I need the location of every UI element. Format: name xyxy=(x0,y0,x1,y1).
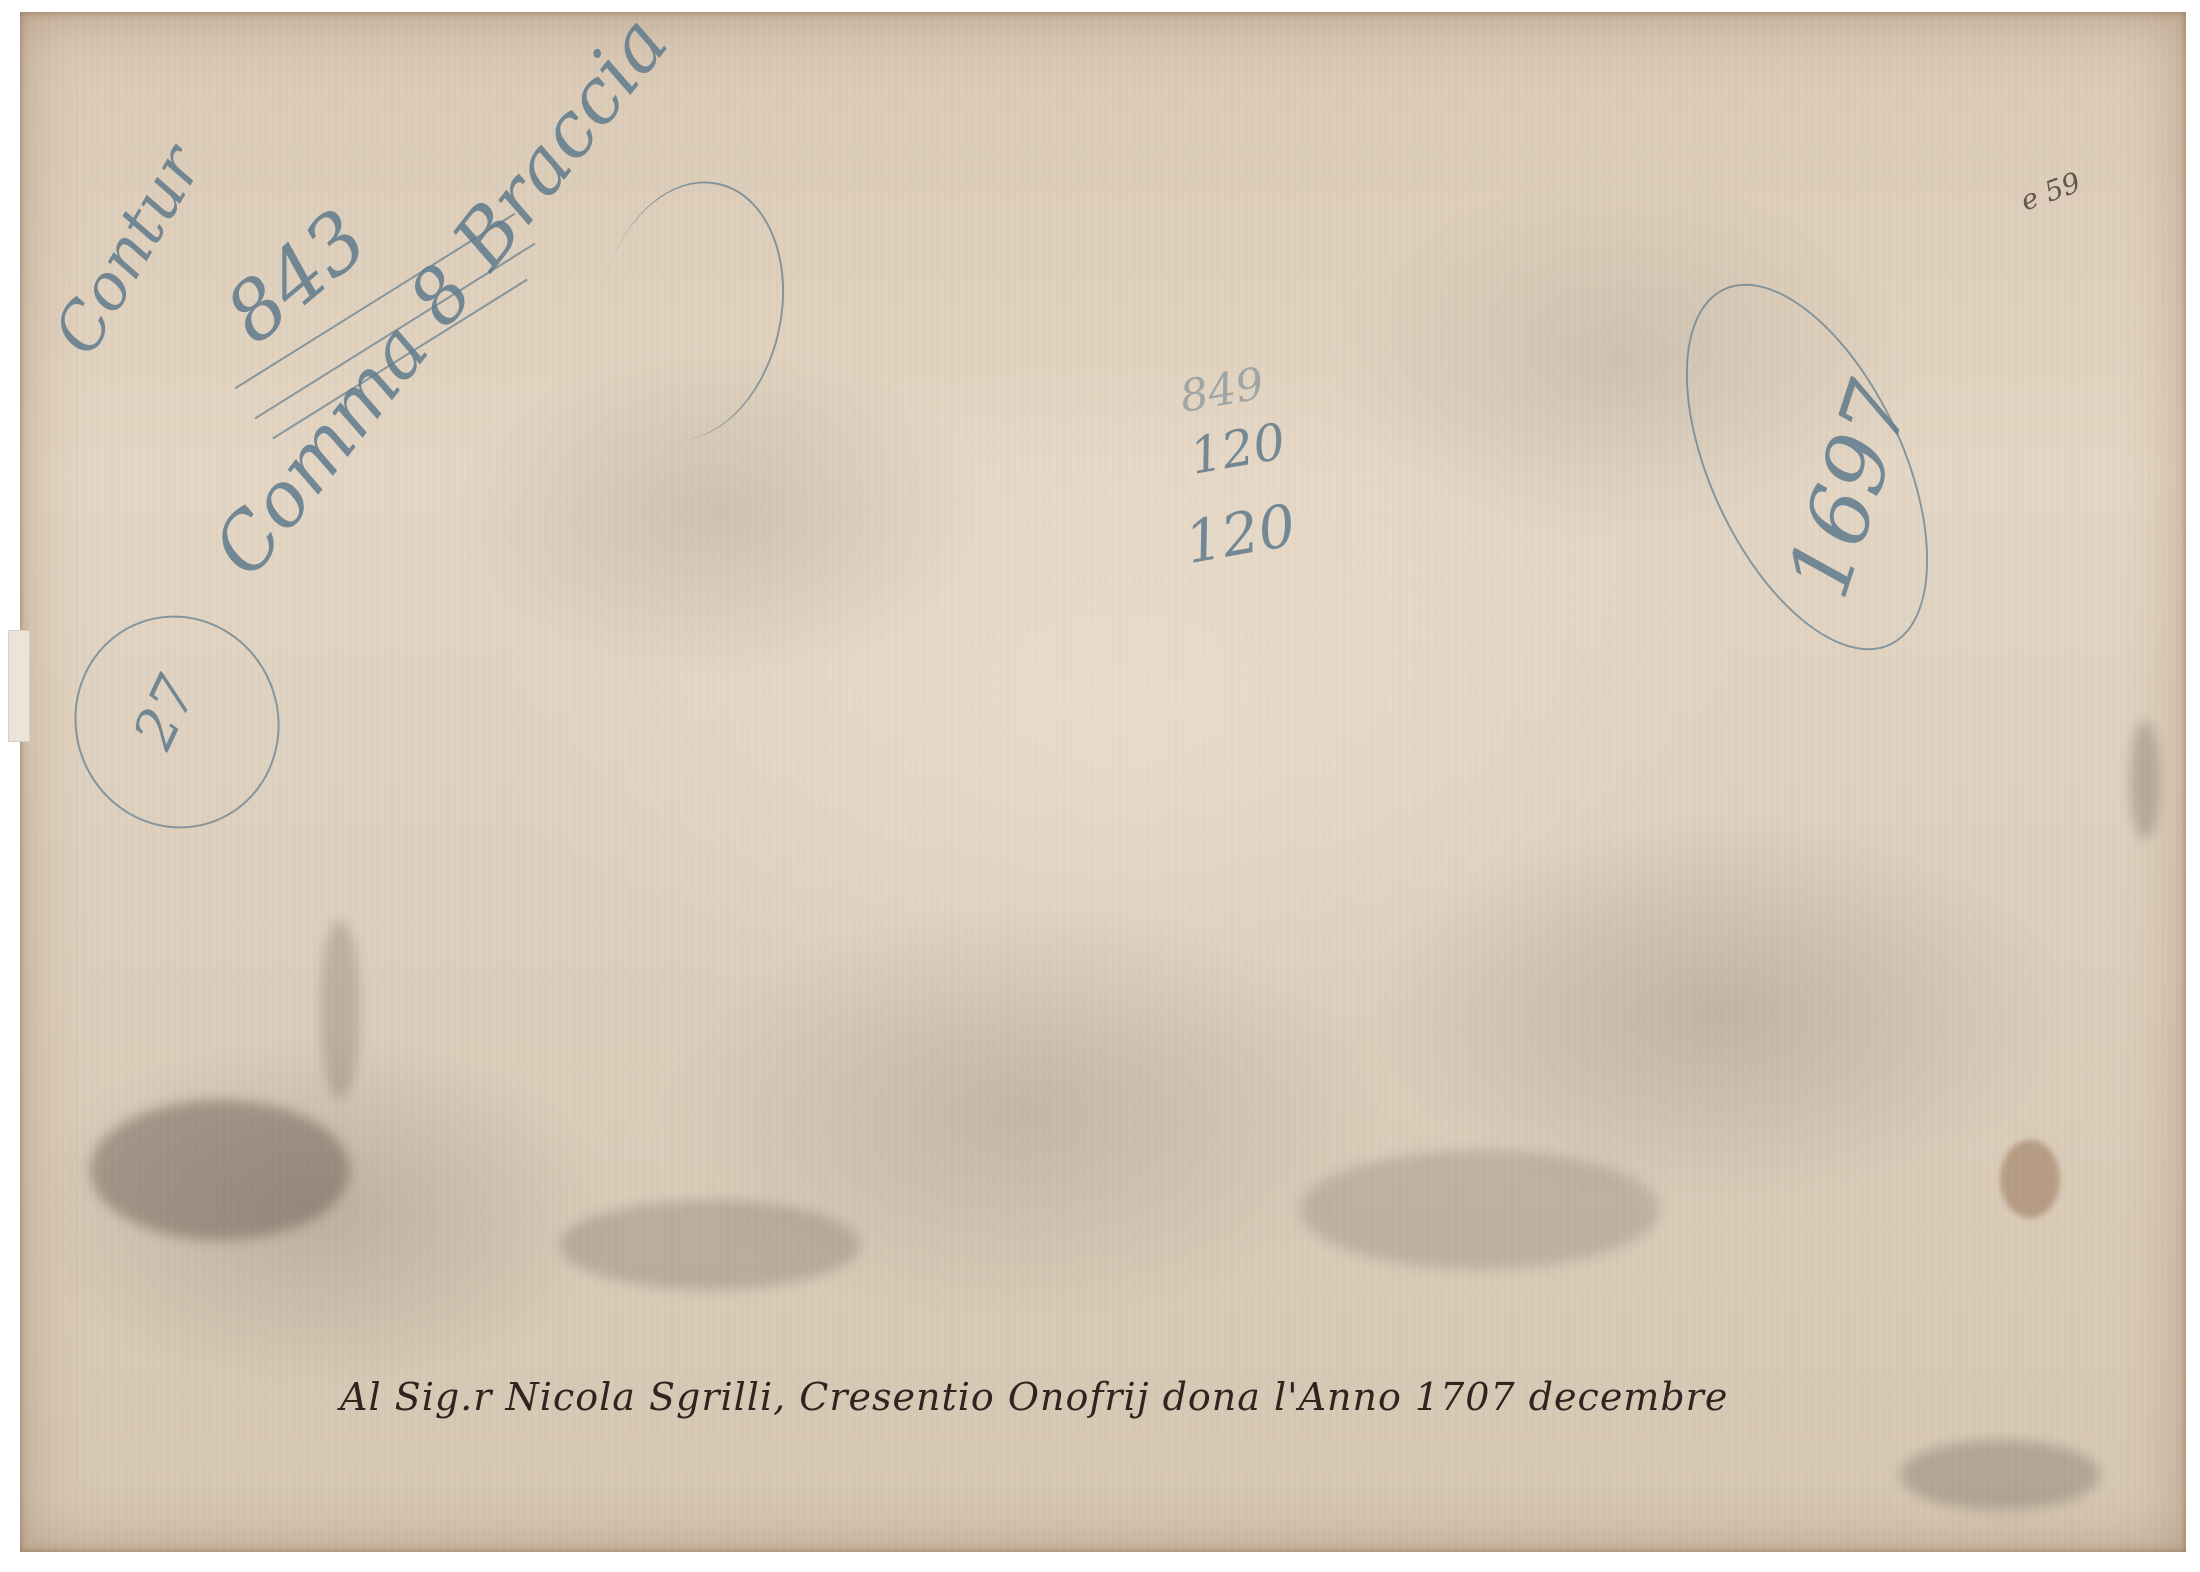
ink-smudge xyxy=(560,1200,860,1290)
ink-smudge xyxy=(2130,720,2160,840)
paper-tab xyxy=(8,630,30,742)
ink-smudge xyxy=(320,920,360,1100)
brown-stain xyxy=(2000,1140,2060,1218)
ink-smudge xyxy=(1300,1150,1660,1270)
ink-smudge xyxy=(1900,1440,2100,1510)
ink-inscription: Al Sig.r Nicola Sgrilli, Cresentio Onofr… xyxy=(340,1375,1728,1419)
ink-smudge xyxy=(90,1100,350,1240)
